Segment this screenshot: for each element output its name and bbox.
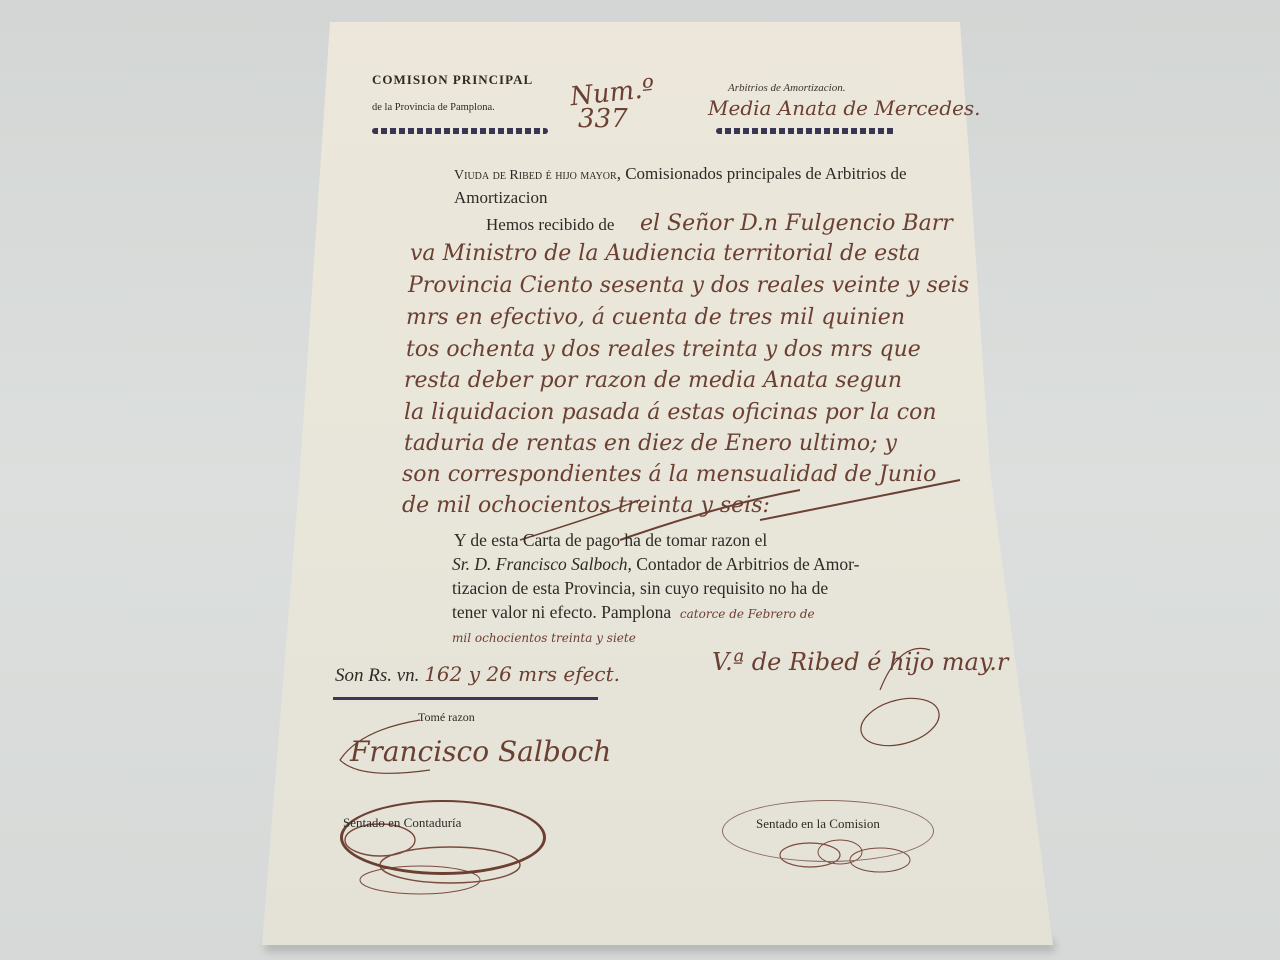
- body-line-4: tener valor ni efecto. Pamplona catorce …: [452, 600, 952, 626]
- body-line-2: Sr. D. Francisco Salboch, Contador de Ar…: [452, 552, 952, 576]
- place-label: tener valor ni efecto. Pamplona: [452, 602, 671, 622]
- body-line-3: tizacion de esta Provincia, sin cuyo req…: [452, 576, 952, 600]
- contador-role: , Contador de Arbitrios de Amor-: [627, 554, 859, 574]
- amount-line: Son Rs. vn. 162 y 26 mrs efect.: [335, 662, 620, 687]
- date-handwritten-2: mil ochocientos treinta y siete: [452, 626, 952, 650]
- date-handwritten-1: catorce de Febrero de: [680, 607, 815, 621]
- contador-name: Sr. D. Francisco Salboch: [452, 554, 627, 574]
- amount-underline: [333, 697, 598, 700]
- contador-signature: Francisco Salboch: [350, 735, 611, 768]
- carta-de-pago-paragraph: Y de esta Carta de pago ha de tomar razo…: [452, 528, 952, 650]
- comision-stamp-text: Sentado en la Comision: [756, 816, 880, 832]
- contaduria-stamp-oval: [340, 800, 546, 875]
- amount-value: 162 y 26 mrs efect.: [424, 662, 620, 686]
- issuer-signature: V.ª de Ribed é hijo may.r: [712, 648, 1008, 676]
- tome-razon-label: Tomé razon: [418, 710, 475, 725]
- amount-label: Son Rs. vn.: [335, 665, 419, 686]
- body-line-1: Y de esta Carta de pago ha de tomar razo…: [452, 528, 952, 552]
- contaduria-stamp-text: Sentado en Contaduría: [343, 815, 461, 831]
- handwriting-flourishes: [0, 0, 1280, 960]
